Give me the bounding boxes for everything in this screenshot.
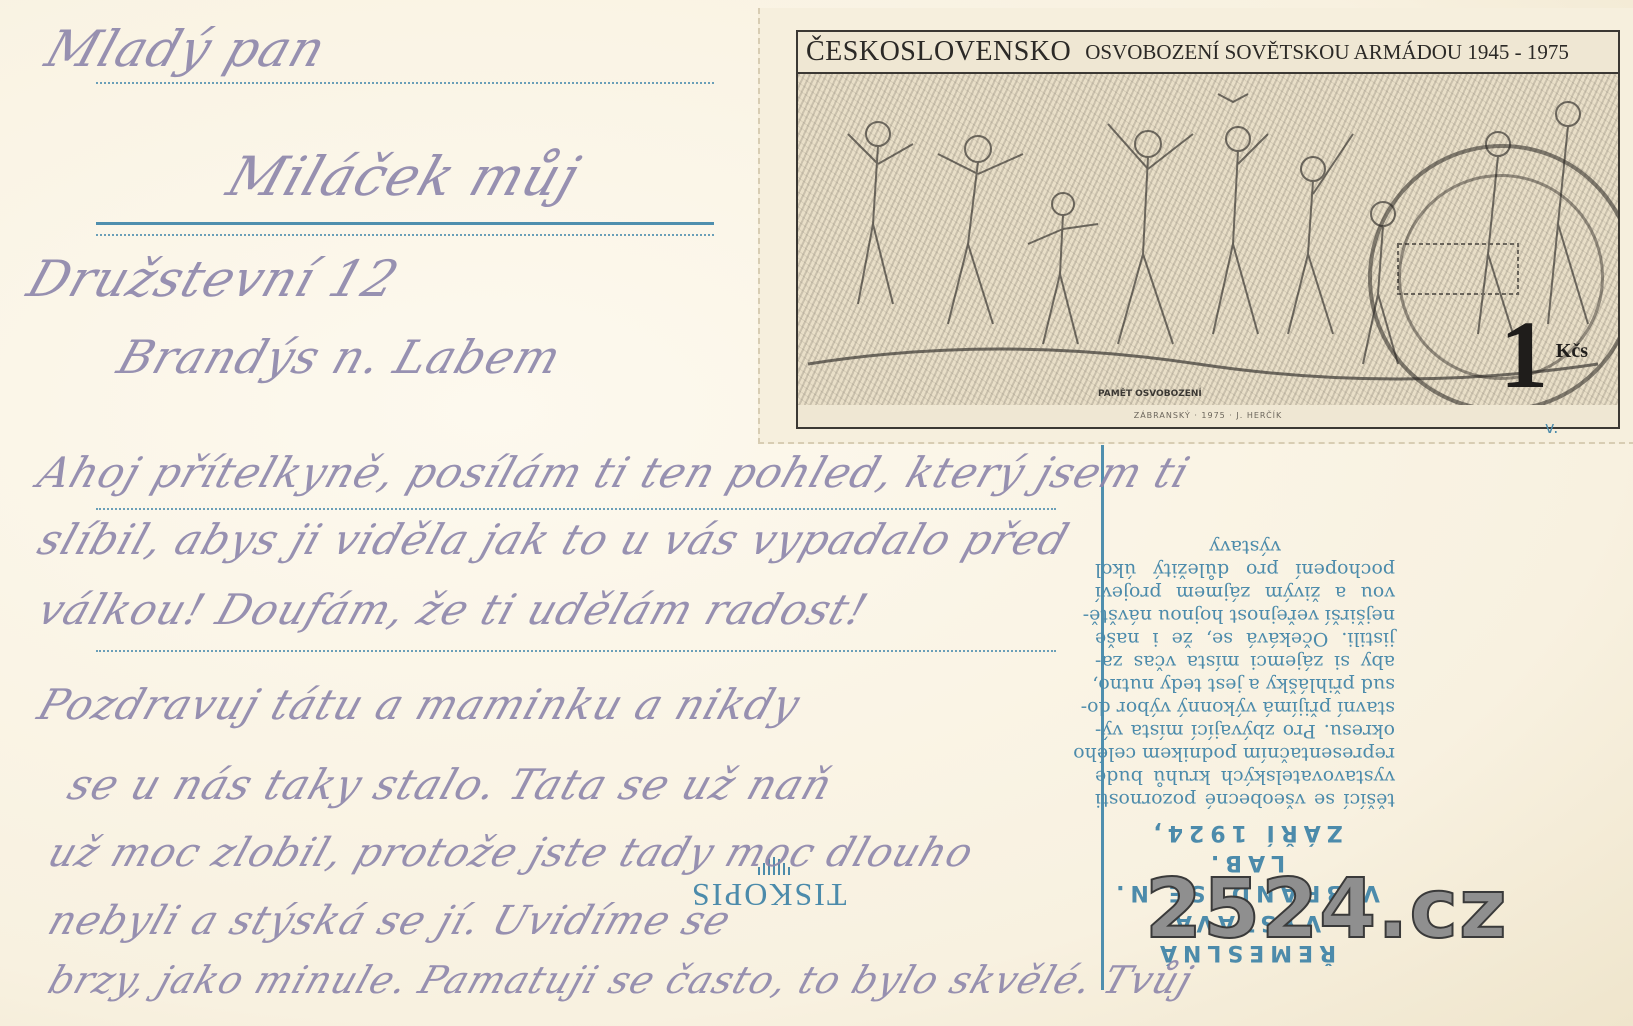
stamp-value: 1 [1500, 307, 1548, 403]
notice-line: stavní přijímá výkonný výbor do- [1095, 696, 1395, 719]
handwritten-message-line: Ahoj přítelkyně, posílám ti ten pohled, … [32, 448, 1196, 497]
handwritten-message-line: se u nás taky stalo. Tata se už naň [62, 760, 839, 809]
stamp-header: ČESKOSLOVENSKO OSVOBOZENÍ SOVĚTSKOU ARMÁ… [798, 32, 1618, 74]
handwritten-message-line: nebyli a stýská se jí. Uvidíme se [43, 898, 738, 944]
stamp-caption: OSVOBOZENÍ SOVĚTSKOU ARMÁDOU 1945 - 1975 [1085, 40, 1569, 65]
notice-line: jistili. Očekává se, že i naše [1095, 627, 1395, 650]
notice-line: representačním podnikem celého [1095, 742, 1395, 765]
notice-line: okresu. Pro zbývající místa vý- [1095, 719, 1395, 742]
address-solid-line [96, 222, 714, 225]
notice-line: pochopení pro důležitý úkol [1095, 558, 1395, 581]
notice-line: těšící se všeobecné pozornosti [1095, 788, 1395, 811]
notice-line: nejširší veřejnost hojnou návště- [1095, 604, 1395, 627]
notice-line: vystavovatelských kruhů bude [1095, 765, 1395, 788]
stamp-ribbon-text: PAMĚT OSVOBOZENÍ [1098, 389, 1202, 399]
address-dotted-line [96, 82, 714, 84]
handwritten-address-line: Brandýs n. Labem [111, 330, 568, 384]
postage-stamp: ČESKOSLOVENSKO OSVOBOZENÍ SOVĚTSKOU ARMÁ… [758, 8, 1633, 444]
stamp-frame: ČESKOSLOVENSKO OSVOBOZENÍ SOVĚTSKOU ARMÁ… [796, 30, 1620, 429]
notice-line: vou a živým zájmem projeví [1095, 581, 1395, 604]
handwritten-message-line: slíbil, abys ji viděla jak to u vás vypa… [32, 515, 1075, 564]
stamp-currency: Kčs [1556, 340, 1588, 363]
corner-mark: v. [1545, 418, 1558, 437]
address-dotted-line [96, 234, 714, 236]
postcard-back: ČESKOSLOVENSKO OSVOBOZENÍ SOVĚTSKOU ARMÁ… [0, 0, 1633, 1026]
handwritten-address-line: Družstevní 12 [21, 250, 407, 308]
site-watermark: 2524.cz [1145, 862, 1508, 957]
handwritten-message-line: Pozdravuj tátu a maminku a nikdy [32, 680, 807, 729]
stamp-country: ČESKOSLOVENSKO [806, 36, 1071, 68]
message-dotted-line [96, 650, 1056, 652]
notice-line: aby si zájemci místa včas za- [1095, 650, 1395, 673]
handwritten-address-line: Miláček můj [220, 145, 588, 208]
notice-line: výstavy [1095, 535, 1395, 558]
message-dotted-line [96, 508, 1056, 510]
notice-date: ZÁŘÍ 1924, [1095, 817, 1395, 847]
stamp-engraving [798, 74, 1618, 405]
handwritten-message-line: už moc zlobil, protože jste tady moc dlo… [43, 830, 980, 876]
notice-line: sud přihlášky a jest tedy nutno, [1095, 673, 1395, 696]
handwritten-message-line: válkou! Doufám, že ti udělám radost! [32, 585, 874, 634]
stamp-engraver-credit: ZÁBRANSKÝ · 1975 · J. HERČÍK [798, 405, 1618, 427]
handwritten-address-line: Mladý pan [39, 20, 334, 78]
handwritten-message-line: brzy, jako minule. Pamatuji se často, to… [43, 958, 1199, 1002]
